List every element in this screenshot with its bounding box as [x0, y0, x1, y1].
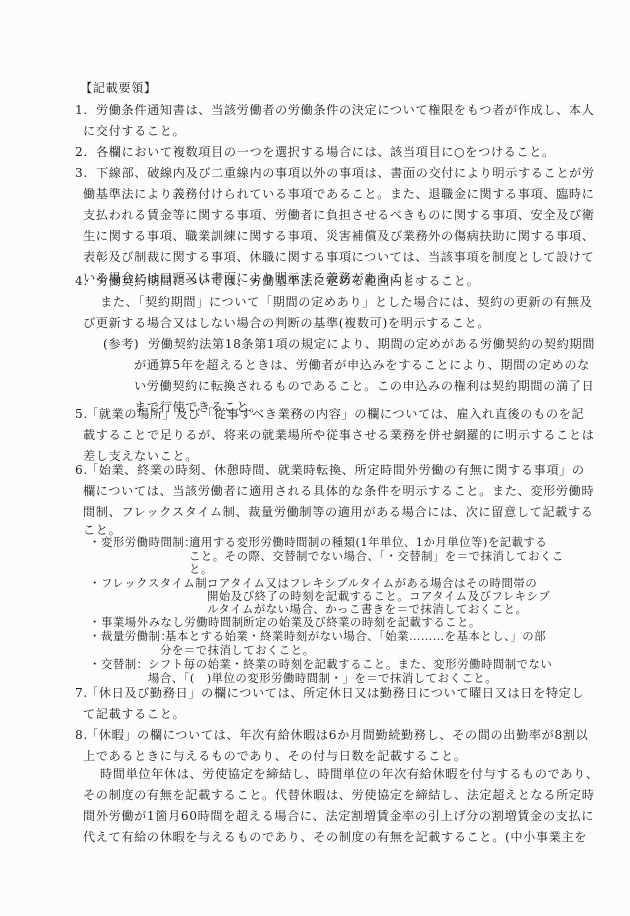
note-label: (参考) — [103, 336, 139, 352]
bullet-marker: ・ — [89, 575, 101, 591]
paragraph-line: 代えて有給の休暇を与えるものであり、その制度の有無を記載すること。(中小事業主を — [83, 829, 587, 845]
item-text-line: 欄については、当該労働者に適用される具体的な条件を明示すること。また、変形労働時 — [83, 483, 594, 499]
item-text-line: 労働契約期間については、労働基準法に定める範囲内とすること。 — [96, 273, 479, 289]
item-number: 3. — [75, 165, 88, 181]
item-text-line: 「休日及び勤務日」の欄については、所定休日又は勤務日について曜日又は日を特定し — [86, 685, 584, 701]
item-text-line: 生に関する事項、職業訓練に関する事項、災害補償及び業務外の傷病扶助に関する事項、 — [83, 228, 595, 244]
paragraph-line: その制度の有無を記載すること。代替休暇は、労使協定を締結し、法定超えとなる所定時 — [83, 787, 595, 803]
item-text-line: に交付すること。 — [83, 123, 185, 139]
bullet-marker: ・ — [89, 628, 101, 644]
item-text-line: び更新する場合又はしない場合の判断の基準(複数可)を明示すること。 — [83, 315, 490, 331]
paragraph-line: 間外労働が1箇月60時間を超える場合に、法定割増賃金率の引上げ分の割増賃金の支払… — [83, 808, 594, 824]
item-text-line: 「休暇」の欄については、年次有給休暇は6か月間勤続勤務し、その間の出勤率が8割以 — [86, 727, 588, 743]
bullet-text-line: こと。その際、交替制でない場合、「・交替制」を＝で抹消しておくこ — [189, 548, 564, 564]
paragraph-line: 時間単位年休は、労使協定を締結し、時間単位の年次有給休暇を付与するものであり、 — [100, 766, 599, 782]
note-text-line: が通算5年を超えるときは、労働者が申込みをすることにより、期間の定めのな — [134, 357, 590, 373]
bullet-label: 交替制： — [101, 656, 149, 672]
note-text-line: い労働契約に転換されるものであること。この申込みの権利は契約期間の満了日 — [134, 378, 594, 394]
item-text-line: 各欄において複数項目の一つを選択する場合には、該当項目に○をつけること。 — [96, 144, 555, 160]
bullet-label: 変形労働時間制： — [101, 534, 196, 550]
item-text-line: 「始業、終業の時刻、休憩時間、就業時転換、所定時間外労働の有無に関する事項」の — [86, 462, 585, 478]
item-number: 2. — [75, 144, 88, 160]
item-text-line: 上であるときに与えるものであり、その付与日数を記載すること。 — [83, 748, 467, 764]
item-text-line: 支払われる賃金等に関する事項、労働者に負担させるべきものに関する事項、安全及び衛 — [83, 207, 595, 223]
item-text-line: 労働条件通知書は、当該労働者の労働条件の決定について権限をもつ者が作成し、本人 — [96, 102, 594, 118]
item-number: 4. — [75, 273, 88, 289]
item-number: 1. — [75, 102, 88, 118]
section-heading: 【記載要領】 — [80, 80, 157, 96]
item-text-line: て記載すること。 — [83, 706, 185, 722]
note-text-line: 労働契約法第18条第1項の規定により、期間の定めがある労働契約の契約期間 — [148, 336, 595, 352]
bullet-marker: ・ — [89, 656, 101, 672]
item-text-line: 表彰及び制裁に関する事項、休職に関する事項については、当該事項を制度として設けて — [83, 249, 594, 265]
item-text-line: 下線部、破線内及び二重線内の事項以外の事項は、書面の交付により明示することが労 — [96, 165, 595, 181]
bullet-marker: ・ — [89, 534, 101, 550]
item-text-line: 「就業の場所」及び「従事すべき業務の内容」の欄については、雇入れ直後のものを記 — [86, 406, 584, 422]
bullet-text-line: 場合、「( )単位の変形労働時間制・」を＝で抹消しておくこと。 — [148, 670, 497, 686]
item-text-line: 働基準法により義務付けられている事項であること。また、退職金に関する事項、臨時に — [83, 186, 595, 202]
bullet-label: フレックスタイム制： — [101, 575, 219, 591]
item-text-line: また、「契約期間」について「期間の定めあり」とした場合には、契約の更新の有無及 — [100, 294, 592, 310]
document-page: 【記載要領】 1. 労働条件通知書は、当該労働者の労働条件の決定について権限をも… — [0, 0, 630, 916]
item-text-line: 間制、フレックスタイム制、裁量労働制等の適用がある場合には、次に留意して記載する — [83, 504, 594, 520]
item-text-line: 載することで足りるが、将来の就業場所や従事させる業務を併せ網羅的に明示することは — [83, 427, 595, 443]
